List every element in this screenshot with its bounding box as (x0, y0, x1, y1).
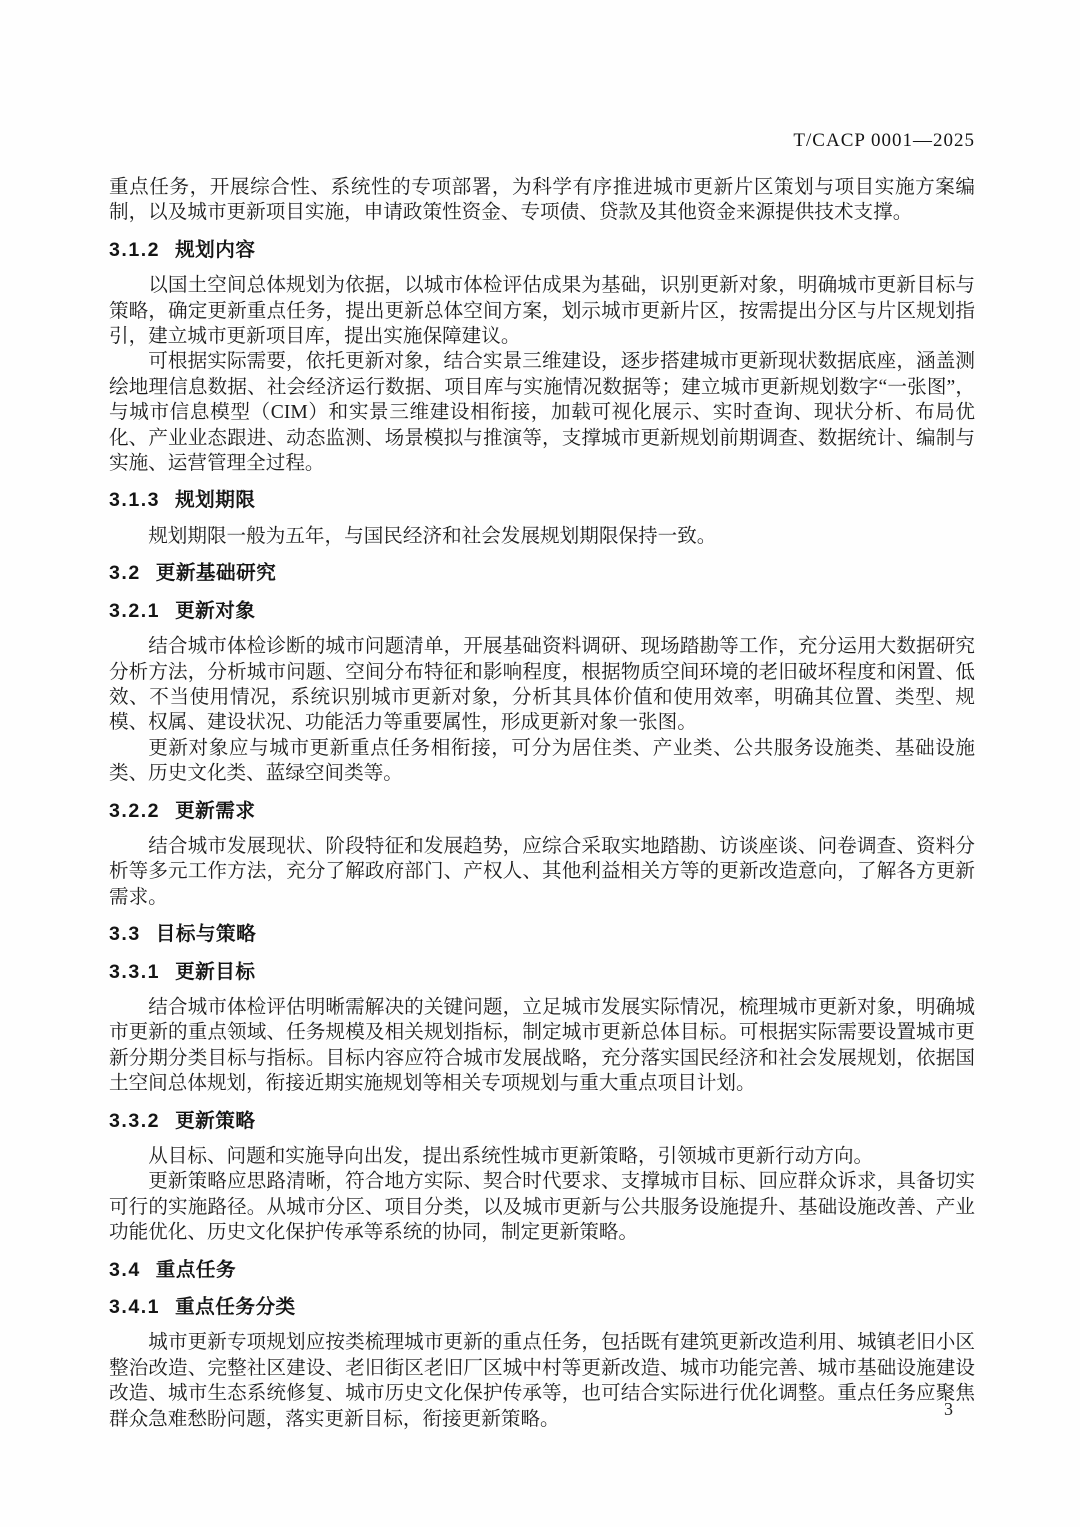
section-heading-3-3: 3.3目标与策略 (109, 922, 975, 947)
section-heading-3-2: 3.2更新基础研究 (109, 561, 975, 586)
paragraph: 结合城市发展现状、阶段特征和发展趋势，应综合采取实地踏勘、访谈座谈、问卷调查、资… (109, 834, 975, 910)
paragraph: 结合城市体检诊断的城市问题清单，开展基础资料调研、现场踏勘等工作，充分运用大数据… (109, 634, 975, 736)
section-heading-3-1-3: 3.1.3规划期限 (109, 488, 975, 513)
paragraph: 更新对象应与城市更新重点任务相衔接，可分为居住类、产业类、公共服务设施类、基础设… (109, 736, 975, 787)
section-title: 重点任务 (156, 1259, 236, 1281)
paragraph: 以国土空间总体规划为依据，以城市体检评估成果为基础，识别更新对象，明确城市更新目… (109, 273, 975, 349)
section-number: 3.3.1 (109, 961, 160, 983)
section-heading-3-2-1: 3.2.1更新对象 (109, 599, 975, 624)
running-header-standard-code: T/CACP 0001—2025 (109, 130, 975, 152)
section-heading-3-1-2: 3.1.2规划内容 (109, 238, 975, 263)
paragraph: 更新策略应思路清晰，符合地方实际、契合时代要求、支撑城市目标、回应群众诉求，具备… (109, 1169, 975, 1245)
paragraph: 结合城市体检评估明晰需解决的关键问题，立足城市发展实际情况，梳理城市更新对象，明… (109, 995, 975, 1097)
section-heading-3-3-2: 3.3.2更新策略 (109, 1109, 975, 1134)
section-number: 3.3 (109, 923, 141, 945)
section-number: 3.1.2 (109, 239, 160, 261)
paragraph: 从目标、问题和实施导向出发，提出系统性城市更新策略，引领城市更新行动方向。 (109, 1144, 975, 1169)
section-title: 更新策略 (175, 1110, 255, 1132)
section-title: 规划内容 (175, 239, 255, 261)
paragraph: 规划期限一般为五年，与国民经济和社会发展规划期限保持一致。 (109, 524, 975, 549)
section-title: 目标与策略 (156, 923, 256, 945)
section-number: 3.1.3 (109, 489, 160, 511)
paragraph: 可根据实际需要，依托更新对象，结合实景三维建设，逐步搭建城市更新现状数据底座，涵… (109, 349, 975, 476)
section-heading-3-3-1: 3.3.1更新目标 (109, 960, 975, 985)
paragraph: 城市更新专项规划应按类梳理城市更新的重点任务，包括既有建筑更新改造利用、城镇老旧… (109, 1330, 975, 1432)
section-number: 3.2 (109, 562, 141, 584)
section-heading-3-2-2: 3.2.2更新需求 (109, 799, 975, 824)
section-heading-3-4: 3.4重点任务 (109, 1258, 975, 1283)
section-number: 3.4 (109, 1259, 141, 1281)
section-number: 3.4.1 (109, 1296, 160, 1318)
section-title: 重点任务分类 (175, 1296, 296, 1318)
section-number: 3.2.2 (109, 800, 160, 822)
page-body: 重点任务，开展综合性、系统性的专项部署，为科学有序推进城市更新片区策划与项目实施… (109, 175, 975, 1432)
section-title: 规划期限 (175, 489, 255, 511)
section-heading-3-4-1: 3.4.1重点任务分类 (109, 1295, 975, 1320)
document-page: T/CACP 0001—2025 重点任务，开展综合性、系统性的专项部署，为科学… (0, 0, 1080, 1527)
section-number: 3.2.1 (109, 600, 160, 622)
page-number: 3 (944, 1399, 953, 1420)
section-title: 更新需求 (175, 800, 255, 822)
section-title: 更新基础研究 (156, 562, 277, 584)
section-title: 更新目标 (175, 961, 255, 983)
section-title: 更新对象 (175, 600, 255, 622)
paragraph-continuation: 重点任务，开展综合性、系统性的专项部署，为科学有序推进城市更新片区策划与项目实施… (109, 175, 975, 226)
section-number: 3.3.2 (109, 1110, 160, 1132)
